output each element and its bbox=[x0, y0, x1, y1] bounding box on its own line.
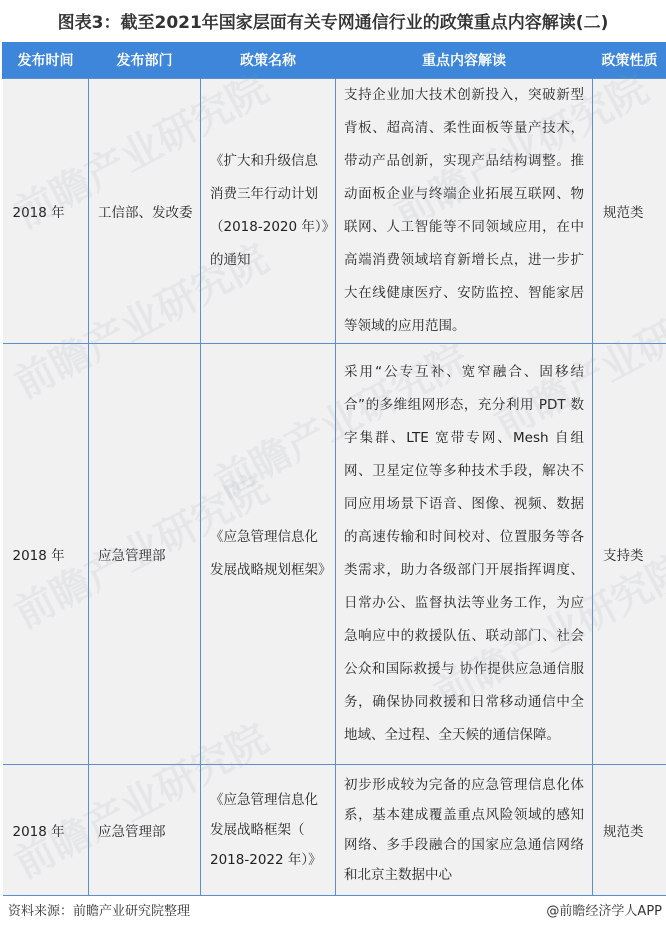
header-time: 发布时间 bbox=[3, 42, 89, 79]
cell-dept: 应急管理部 bbox=[89, 765, 201, 896]
table-row: 2018 年 应急管理部 《应急管理信息化发展战略规划框架》 采用“公专互补、宽… bbox=[3, 344, 666, 765]
cell-policy-type: 支持类 bbox=[593, 344, 666, 765]
table-row: 2018 年 工信部、发改委 《扩大和升级信息消费三年行动计划（2018-202… bbox=[3, 79, 666, 344]
policy-table: 发布时间 发布部门 政策名称 重点内容解读 政策性质 2018 年 工信部、发改… bbox=[2, 42, 666, 896]
header-type: 政策性质 bbox=[593, 42, 666, 79]
table-title: 图表3：截至2021年国家层面有关专网通信行业的政策重点内容解读(二) bbox=[0, 8, 666, 33]
cell-content: 初步形成较为完备的应急管理信息化体系，基本建成覆盖重点风险领域的感知网络、多手段… bbox=[336, 765, 593, 896]
cell-policy-type: 规范类 bbox=[593, 79, 666, 344]
header-name: 政策名称 bbox=[201, 42, 336, 79]
cell-policy-name: 《应急管理信息化发展战略规划框架》 bbox=[201, 344, 336, 765]
source-note: 资料来源：前瞻产业研究院整理 bbox=[8, 900, 190, 919]
cell-policy-type: 规范类 bbox=[593, 765, 666, 896]
credit-note: @前瞻经济学人APP bbox=[546, 900, 662, 919]
header-content: 重点内容解读 bbox=[336, 42, 593, 79]
cell-time: 2018 年 bbox=[3, 344, 89, 765]
header-dept: 发布部门 bbox=[89, 42, 201, 79]
cell-policy-name: 《扩大和升级信息消费三年行动计划（2018-2020 年）》的通知 bbox=[201, 79, 336, 344]
table-header-row: 发布时间 发布部门 政策名称 重点内容解读 政策性质 bbox=[3, 42, 666, 79]
cell-dept: 工信部、发改委 bbox=[89, 79, 201, 344]
cell-content: 支持企业加大技术创新投入，突破新型背板、超高清、柔性面板等量产技术，带动产品创新… bbox=[336, 79, 593, 344]
cell-time: 2018 年 bbox=[3, 79, 89, 344]
table-row: 2018 年 应急管理部 《应急管理信息化发展战略框架（ 2018-2022 年… bbox=[3, 765, 666, 896]
cell-time: 2018 年 bbox=[3, 765, 89, 896]
cell-dept: 应急管理部 bbox=[89, 344, 201, 765]
cell-policy-name: 《应急管理信息化发展战略框架（ 2018-2022 年）》 bbox=[201, 765, 336, 896]
cell-content: 采用“公专互补、宽窄融合、固移结合”的多维组网形态，充分利用 PDT 数字集群、… bbox=[336, 344, 593, 765]
